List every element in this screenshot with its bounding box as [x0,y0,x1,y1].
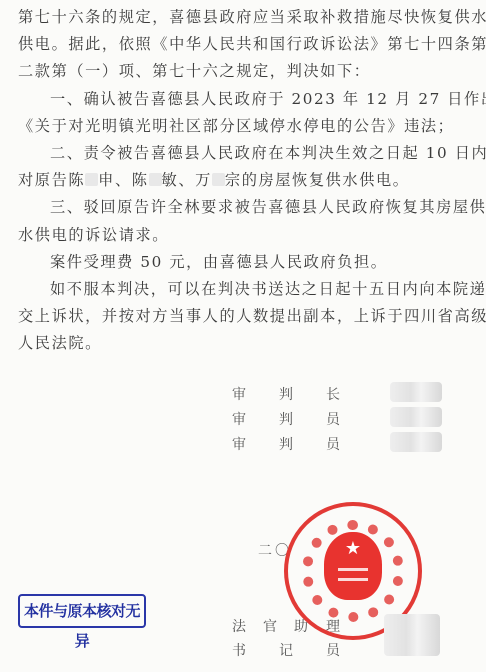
title-char: 记 [279,640,293,660]
body-line: 二款第（一）项、第七十六之规定，判决如下： [18,58,470,85]
redacted-name-block [212,173,225,186]
text-fragment: 宗的房屋恢复供水供电。 [225,171,410,189]
emblem-gate-bar [338,568,368,571]
redacted-judge-name [390,382,442,402]
star-icon: ★ [324,540,382,558]
appeal-notice-line: 如不服本判决，可以在判决书送达之日起十五日内向本院递 [18,276,470,303]
redacted-judge-name [390,432,442,452]
title-char: 审 [232,434,246,454]
body-line: 第七十六条的规定，喜德县政府应当采取补救措施尽快恢复供水 [18,4,470,31]
title-char: 长 [326,384,340,404]
national-emblem-icon: ★ [324,532,382,600]
title-char: 法 [232,616,246,636]
title-char: 书 [232,640,246,660]
ruling-item-3: 三、驳回原告许全林要求被告喜德县人民政府恢复其房屋供 [18,194,470,221]
title-char: 理 [326,616,340,636]
body-line: 交上诉状，并按对方当事人的人数提出副本，上诉于四川省高级 [18,303,470,330]
body-line: 供电。据此，依照《中华人民共和国行政诉讼法》第七十四条第 [18,31,470,58]
plaintiffs-line: 对原告陈申、陈敏、万宗的房屋恢复供水供电。 [18,167,470,194]
redacted-name-block [85,173,98,186]
title-char: 员 [326,409,340,429]
title-char: 判 [279,409,293,429]
ruling-item-1: 一、确认被告喜德县人民政府于 2023 年 12 月 27 日作出的 [18,86,470,113]
text-fragment: 对原告陈 [18,171,85,189]
title-char: 官 [263,616,277,636]
text-fragment: 敏、万 [162,171,212,189]
judgment-body: 第七十六条的规定，喜德县政府应当采取补救措施尽快恢复供水 供电。据此，依照《中华… [18,4,470,357]
redacted-name-block [149,173,162,186]
title-char: 员 [326,434,340,454]
judgment-page: 第七十六条的规定，喜德县政府应当采取补救措施尽快恢复供水 供电。据此，依照《中华… [0,0,486,672]
redacted-judge-name [390,407,442,427]
body-line: 《关于对光明镇光明社区部分区域停水停电的公告》违法； [18,113,470,140]
title-char: 判 [279,434,293,454]
verification-stamp: 本件与原本核对无异 [18,594,146,628]
title-char: 审 [232,384,246,404]
body-line: 人民法院。 [18,330,470,357]
emblem-gate-bar [338,578,368,581]
redacted-clerk-names [384,614,440,656]
title-char: 审 [232,409,246,429]
court-fee-line: 案件受理费 50 元，由喜德县人民政府负担。 [18,249,470,276]
body-line: 水供电的诉讼请求。 [18,222,470,249]
ruling-item-2: 二、责令被告喜德县人民政府在本判决生效之日起 10 日内 [18,140,470,167]
title-char: 助 [294,616,308,636]
title-char: 判 [279,384,293,404]
text-fragment: 申、陈 [98,171,148,189]
title-char: 员 [326,640,340,660]
